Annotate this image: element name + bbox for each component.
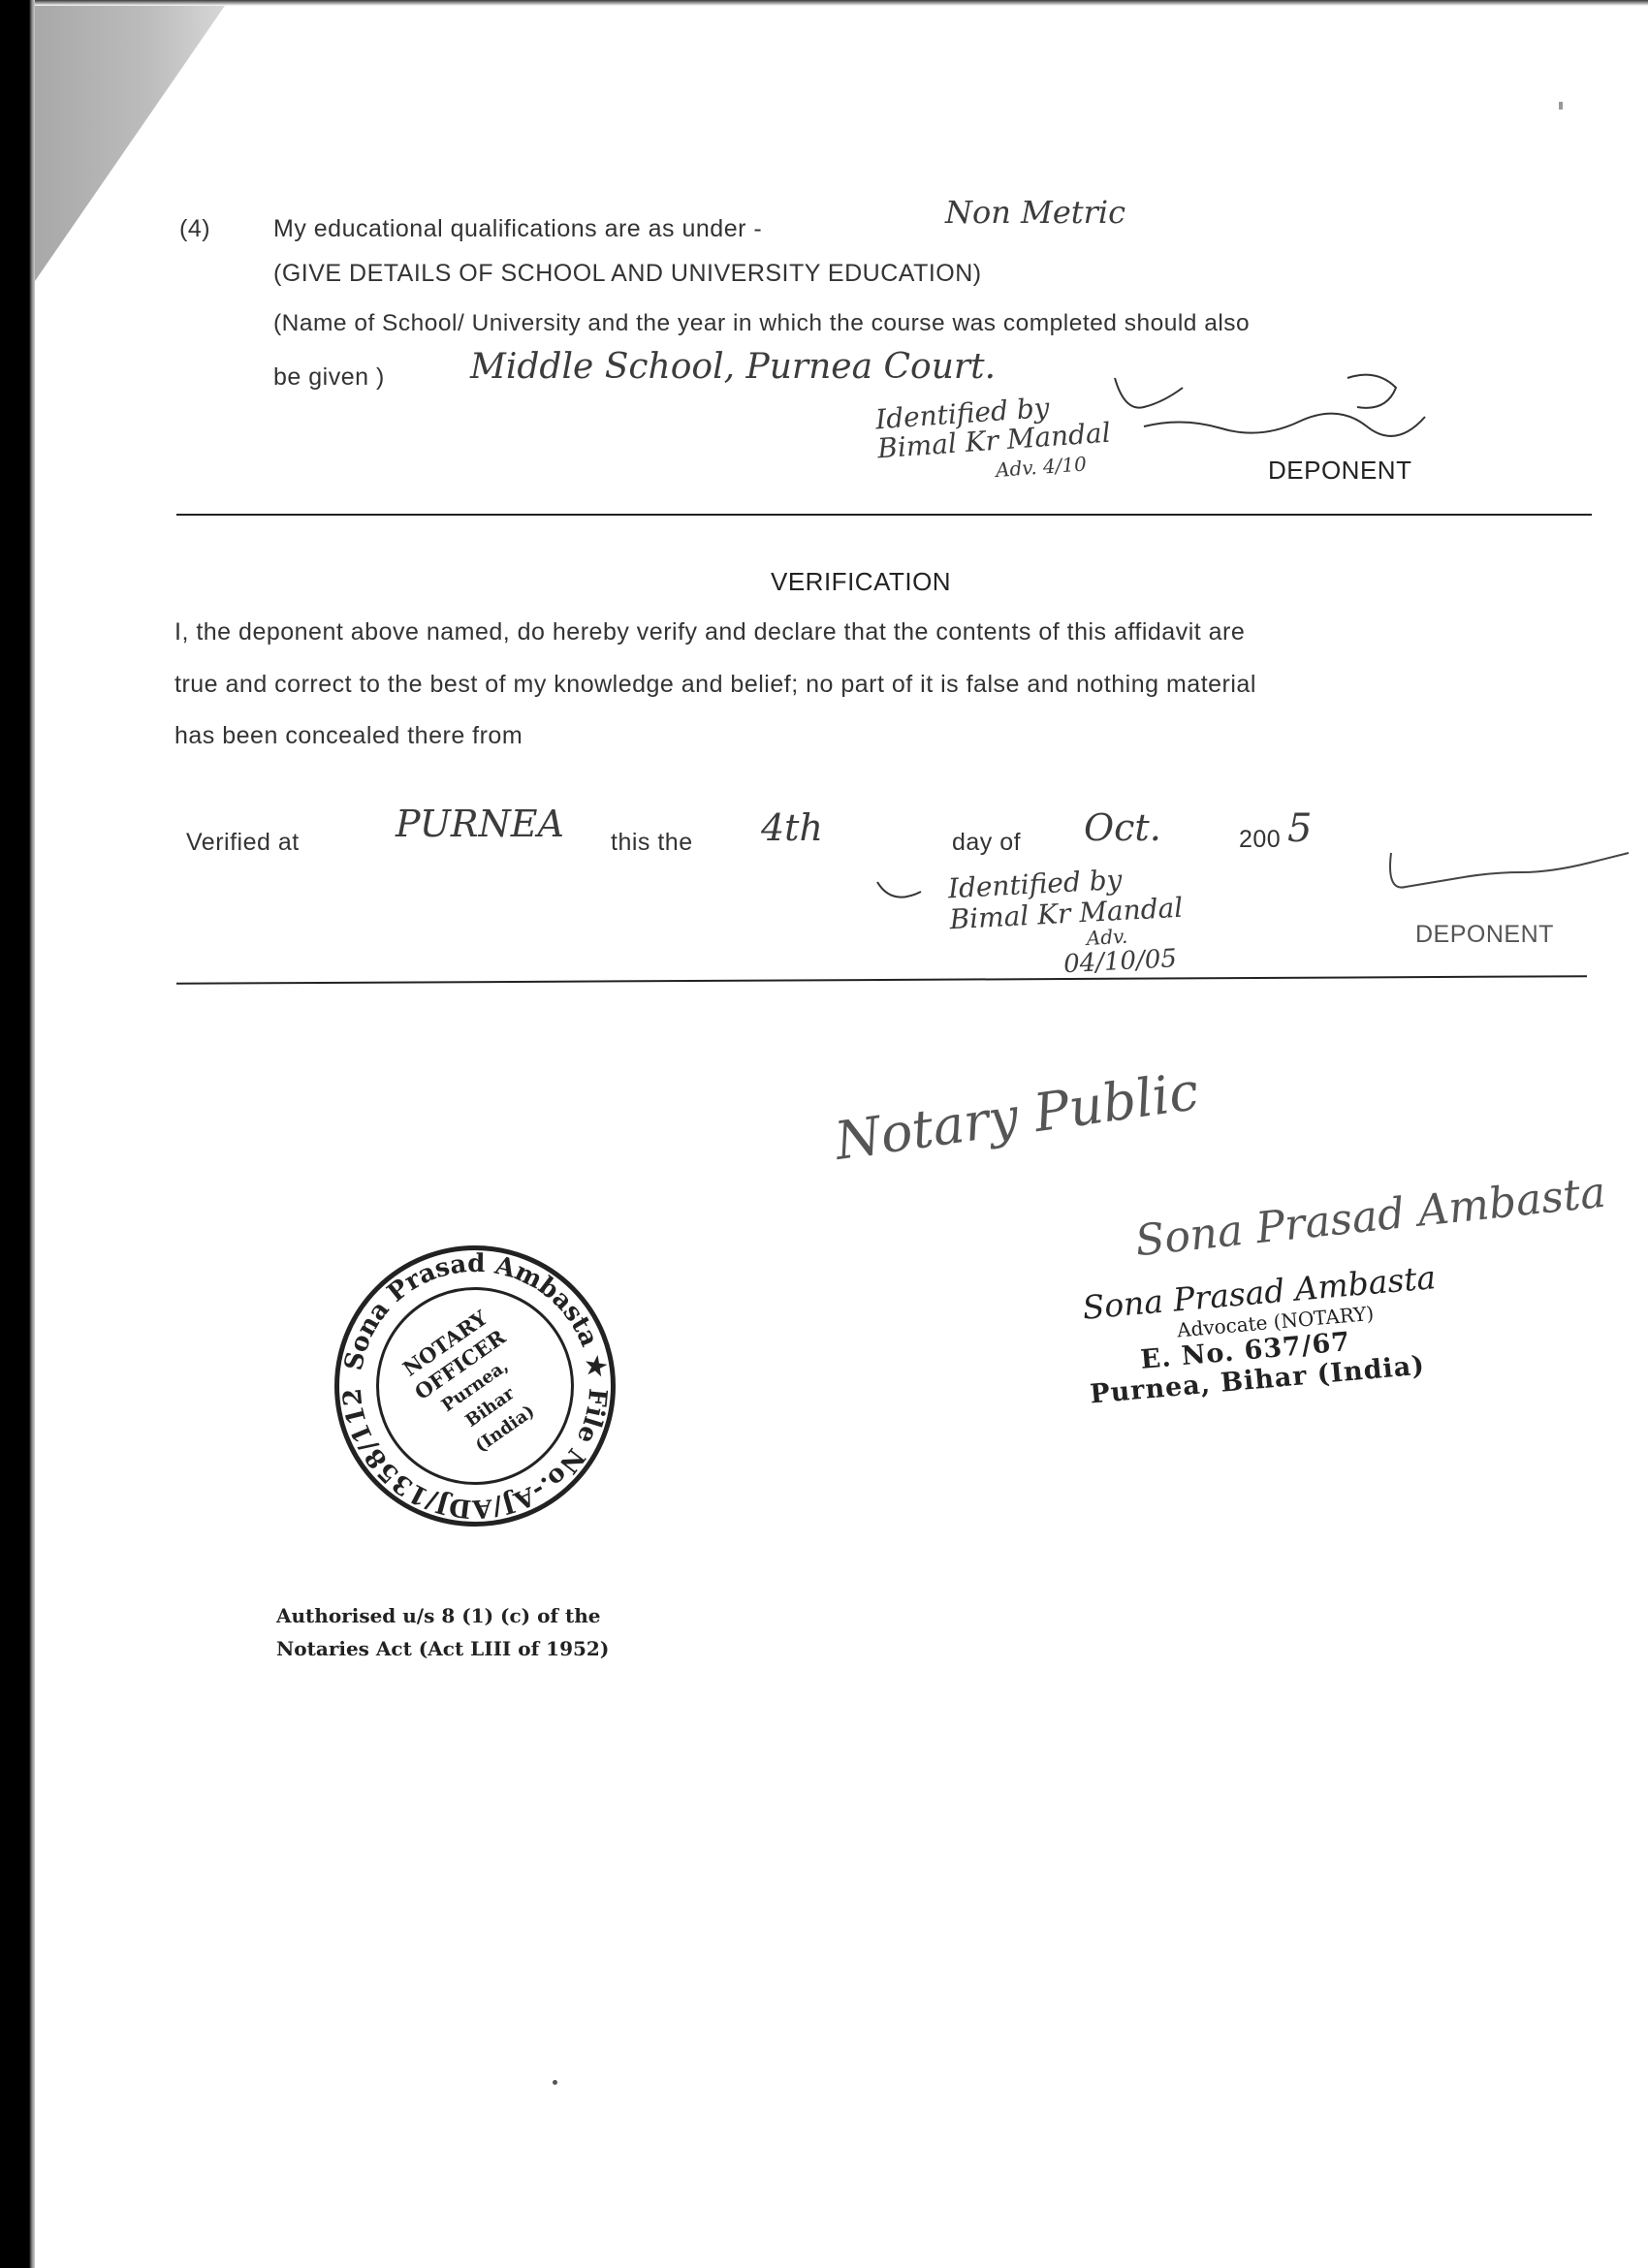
verified-at-label: Verified at	[186, 829, 300, 857]
deponent-label-1: DEPONENT	[1268, 456, 1411, 486]
verification-line-2: true and correct to the best of my knowl…	[174, 671, 1256, 699]
scan-speck	[553, 2080, 557, 2085]
notary-handwritten-name: Sona Prasad Ambasta	[1133, 1168, 1608, 1267]
school-handwritten: Middle School, Purnea Court.	[470, 347, 996, 387]
notary-stamp: Sona Prasad Ambasta ★ File No.-AJ/ADJ/13…	[334, 1245, 616, 1527]
verification-heading: VERIFICATION	[771, 567, 951, 597]
deponent-label-2: DEPONENT	[1415, 921, 1554, 949]
authorisation-line: Notaries Act (Act LIII of 1952)	[276, 1632, 609, 1665]
notary-seal-block: Sona Prasad Ambasta Advocate (NOTARY) E.…	[1081, 1258, 1444, 1409]
divider-2	[176, 975, 1587, 985]
year-handwritten: 5	[1287, 806, 1312, 851]
authorisation-note: Authorised u/s 8 (1) (c) of the Notaries…	[276, 1599, 609, 1665]
deponent-signature-1	[1105, 368, 1444, 456]
section-number: (4)	[179, 215, 210, 243]
tick-mark	[872, 872, 950, 911]
identification-note-1: Identified by Bimal Kr Mandal Adv. 4/10	[874, 390, 1114, 493]
this-the-label: this the	[611, 829, 693, 857]
place-handwritten: PURNEA	[396, 803, 564, 845]
education-instruction: (GIVE DETAILS OF SCHOOL AND UNIVERSITY E…	[273, 260, 982, 288]
authorisation-line: Authorised u/s 8 (1) (c) of the	[276, 1599, 609, 1632]
verification-line-1: I, the deponent above named, do hereby v…	[174, 618, 1245, 646]
qualifications-label: My educational qualifications are as und…	[273, 215, 762, 243]
year-prefix: 200	[1239, 826, 1281, 854]
divider-1	[176, 514, 1592, 516]
scan-edge	[0, 0, 35, 2268]
scan-top-rim	[35, 0, 1648, 6]
day-of-label: day of	[952, 829, 1021, 857]
day-handwritten: 4th	[761, 806, 823, 849]
notary-handwritten-note: Notary Public	[831, 1060, 1202, 1172]
be-given-label: be given )	[273, 363, 385, 392]
deponent-signature-2	[1377, 834, 1638, 911]
qualification-handwritten: Non Metric	[945, 194, 1125, 231]
month-handwritten: Oct.	[1084, 806, 1161, 849]
scan-speck	[1559, 102, 1563, 110]
education-instruction-2: (Name of School/ University and the year…	[273, 310, 1250, 337]
verification-line-3: has been concealed there from	[174, 722, 523, 750]
identification-note-2: Identified by Bimal Kr Mandal Adv. 04/10…	[947, 862, 1187, 986]
